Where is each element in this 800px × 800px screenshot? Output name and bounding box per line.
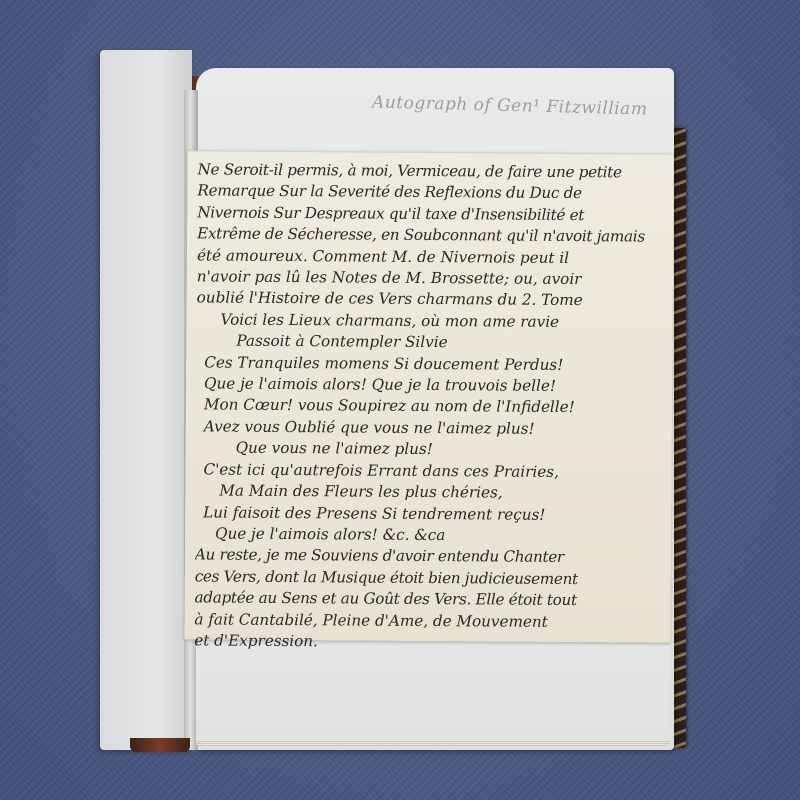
book-cover-edge bbox=[672, 128, 686, 748]
verse-line: Lui faisoit des Presens Si tendrement re… bbox=[195, 502, 665, 527]
verse-line: Que vous ne l'aimez plus! bbox=[196, 438, 666, 463]
manuscript-text: Ne Seroit-il permis, à moi, Vermiceau, d… bbox=[194, 159, 667, 655]
open-book: Autograph of Gen¹ Fitzwilliam Ne Seroit-… bbox=[0, 0, 800, 800]
pasted-manuscript-sheet: Ne Seroit-il permis, à moi, Vermiceau, d… bbox=[184, 150, 673, 642]
manuscript-line: Extrême de Sécheresse, en Soubconnant qu… bbox=[197, 224, 667, 249]
manuscript-line: Au reste, je me Souviens d'avoir entendu… bbox=[195, 545, 665, 570]
left-page bbox=[100, 50, 192, 750]
blank-page-area bbox=[196, 645, 670, 740]
manuscript-line: Remarque Sur la Severité des Reflexions … bbox=[197, 181, 667, 206]
book-spine-bottom bbox=[130, 738, 190, 752]
verse-line: Passoit à Contempler Silvie bbox=[196, 331, 666, 356]
manuscript-line: oublié l'Histoire de ces Vers charmans d… bbox=[197, 288, 667, 313]
verse-line: Ma Main des Fleurs les plus chéries, bbox=[195, 480, 665, 505]
manuscript-line: et d'Expression. bbox=[194, 630, 664, 655]
verse-line: Mon Cœur! vous Soupirez au nom de l'Infi… bbox=[196, 395, 666, 420]
manuscript-line: adaptée au Sens et au Goût des Vers. Ell… bbox=[195, 587, 665, 612]
